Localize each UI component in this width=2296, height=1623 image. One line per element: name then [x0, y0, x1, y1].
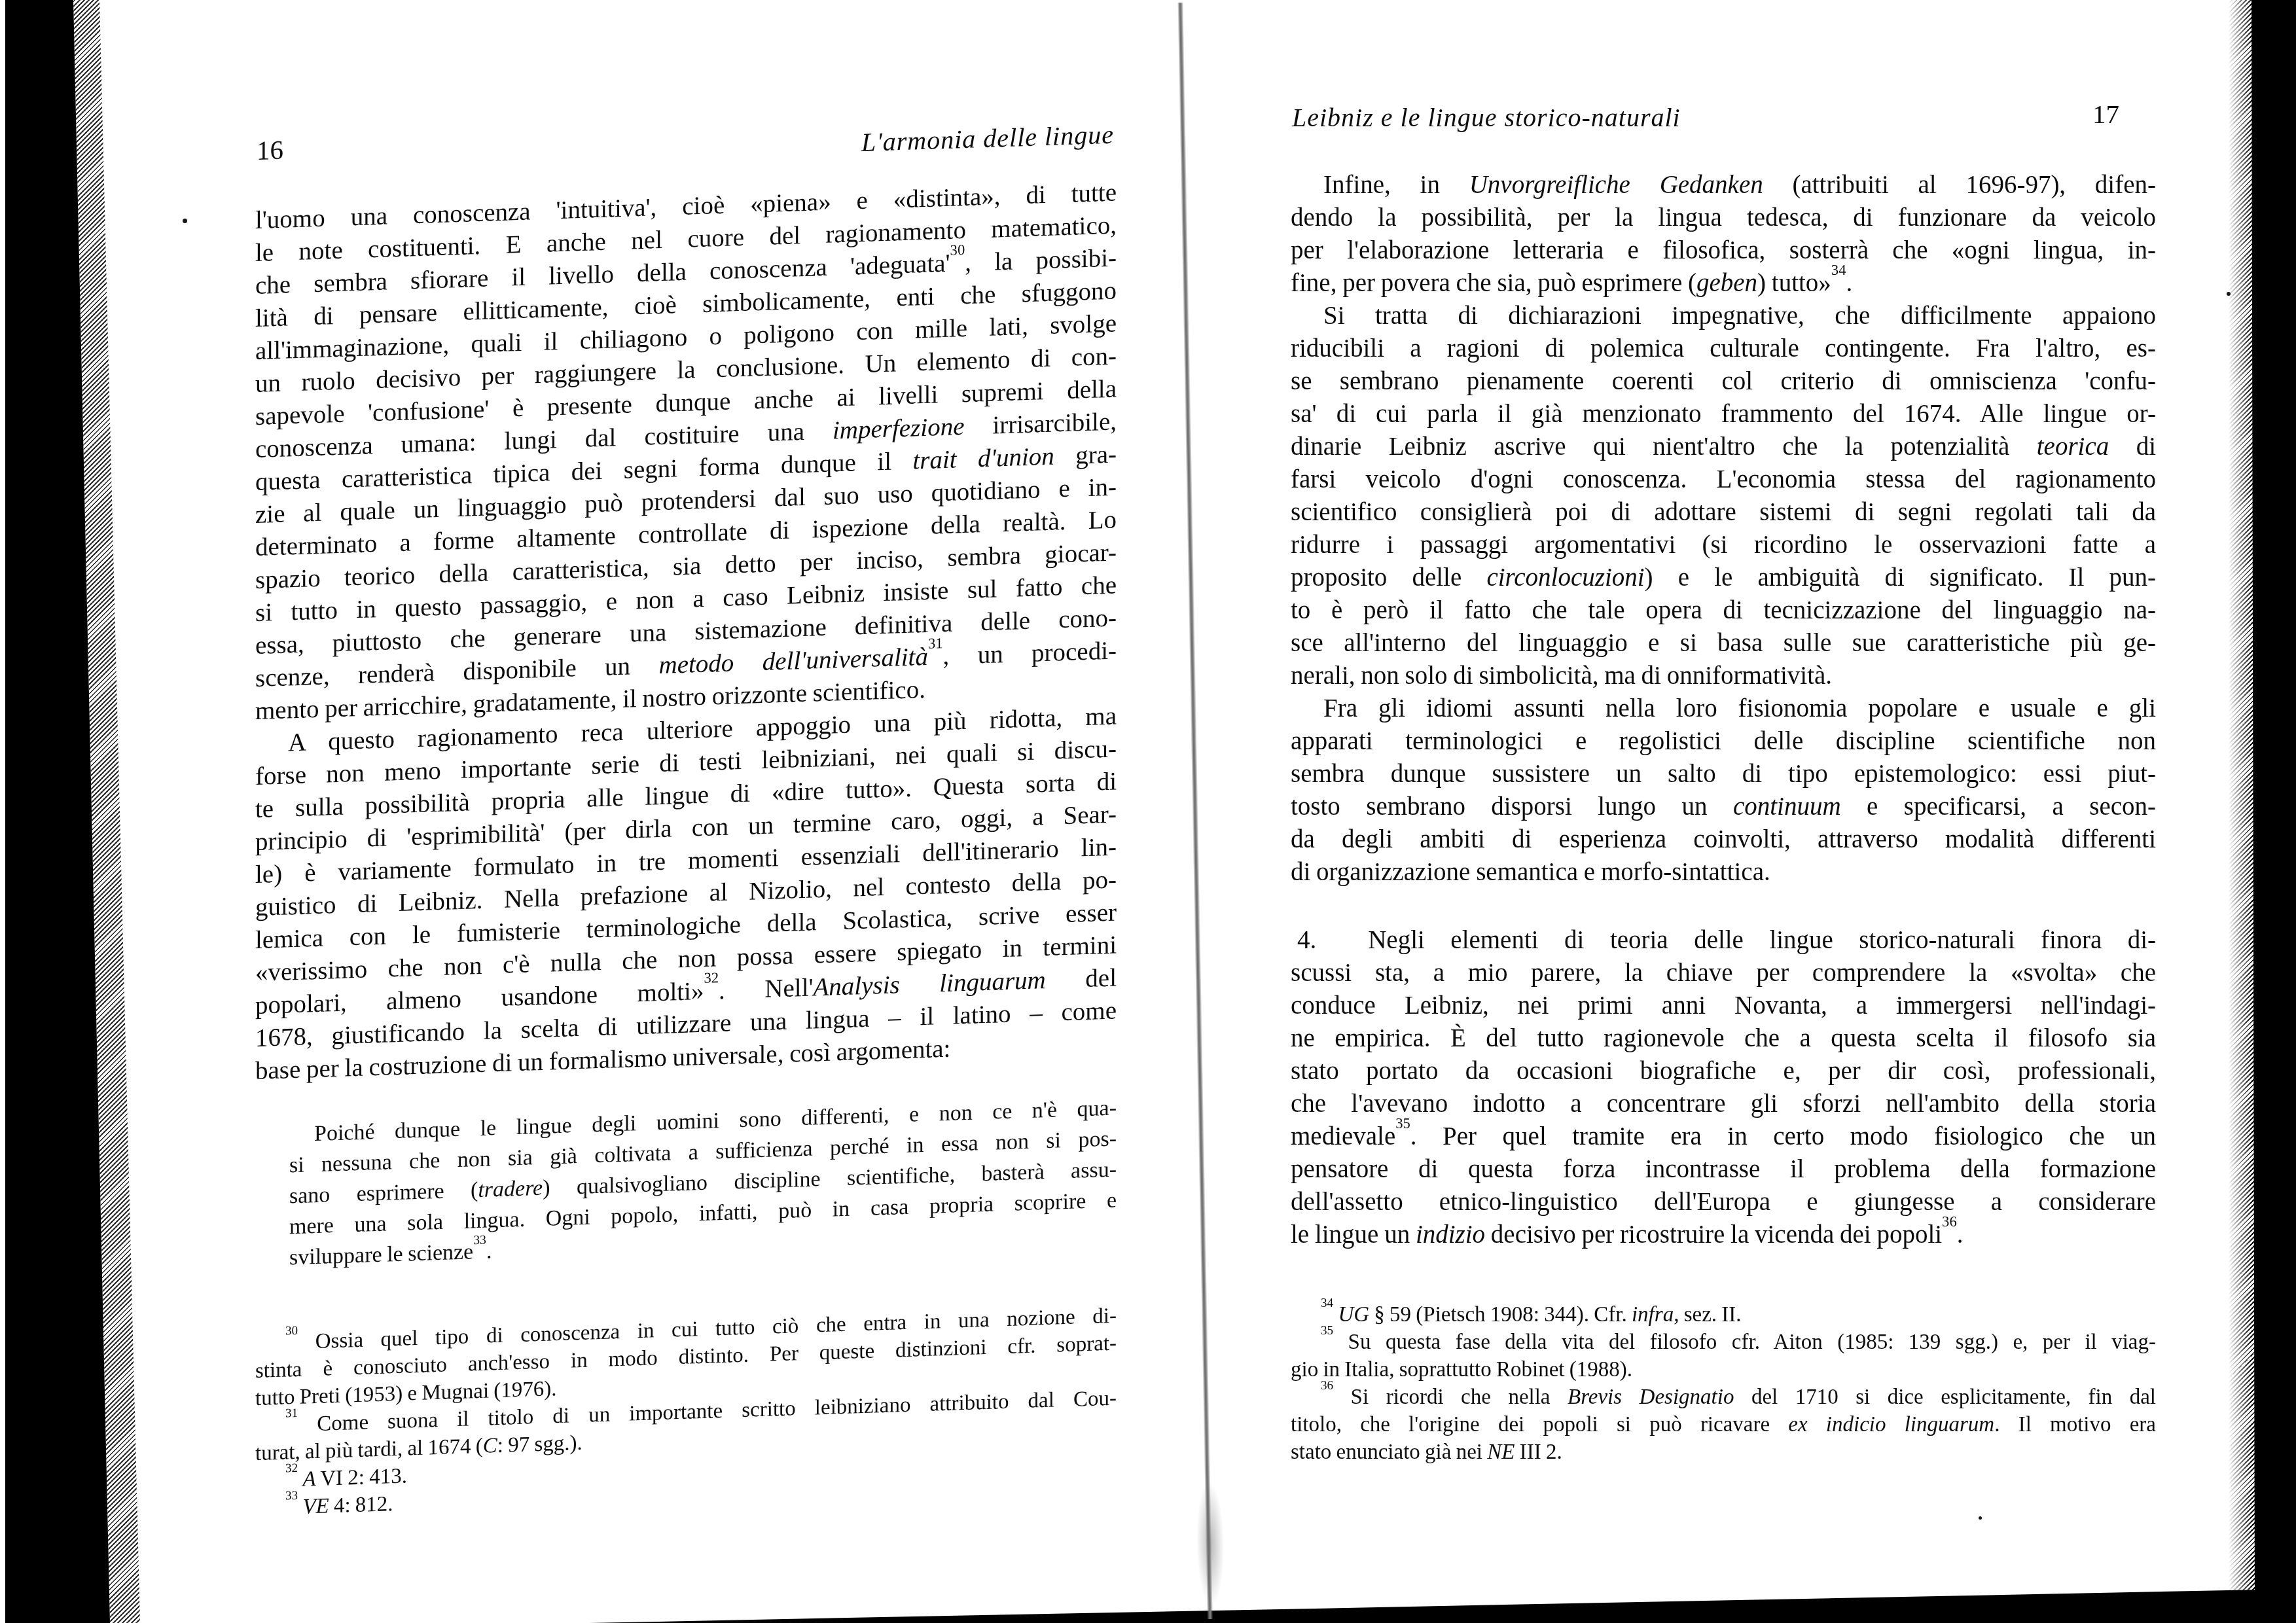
text-line: stato portato da occasioni biografiche e…: [1291, 1055, 2156, 1088]
text-line: riducibili a ragioni di polemica cultura…: [1291, 332, 2156, 365]
footnotes-right: 34 UG § 59 (Pietsch 1908: 344). Cfr. inf…: [1291, 1301, 2156, 1466]
ink-speck: [183, 219, 187, 223]
text-line: le lingue un indizio decisivo per ricost…: [1291, 1219, 2156, 1251]
running-header-left: L'armonia delle lingue: [861, 120, 1114, 157]
footnotes-left: 30 Ossia quel tipo di conoscenza in cui …: [255, 1302, 1117, 1522]
text-line: Si tratta di dichiarazioni impegnative, …: [1291, 300, 2156, 332]
text-line: di organizzazione semantica e morfo-sint…: [1291, 856, 2156, 889]
text-line: dell'assetto etnico-linguistico dell'Eur…: [1291, 1186, 2156, 1219]
text-line: per l'elaborazione letteraria e filosofi…: [1291, 234, 2156, 267]
text-line: conduce Leibniz, nei primi anni Novanta,…: [1291, 990, 2156, 1022]
section-4-paragraph: 4. Negli elementi di teoria delle lingue…: [1291, 924, 2156, 1251]
paragraph: Infine, in Unvorgreifliche Gedanken (att…: [1291, 169, 2156, 300]
text-line: da degli ambiti di esperienza coinvolti,…: [1291, 823, 2156, 856]
text-line: sce all'interno del linguaggio e si basa…: [1291, 627, 2156, 660]
text-line: medievale35. Per quel tramite era in cer…: [1291, 1120, 2156, 1153]
text-line: tosto sembrano disporsi lungo un continu…: [1291, 791, 2156, 823]
page-number-left: 16: [257, 135, 283, 165]
paragraph: l'uomo una conoscenza 'intuitiva', cioè …: [255, 176, 1117, 728]
text-line: sa' di cui parla il già menzionato framm…: [1291, 398, 2156, 431]
page-number-right: 17: [2092, 99, 2119, 128]
text-line: Infine, in Unvorgreifliche Gedanken (att…: [1291, 169, 2156, 202]
text-line: 34 UG § 59 (Pietsch 1908: 344). Cfr. inf…: [1291, 1301, 2156, 1329]
text-line: titolo, che l'origine dei popoli si può …: [1291, 1411, 2156, 1438]
text-line: scientifico consiglierà poi di adottare …: [1291, 496, 2156, 529]
text-line: dinarie Leibniz ascrive qui nient'altro …: [1291, 431, 2156, 463]
text-line: pensatore di questa forza incontrasse il…: [1291, 1153, 2156, 1186]
text-line: proposito delle circonlocuzioni) e le am…: [1291, 562, 2156, 594]
text-line: stato enunciato già nei NE III 2.: [1291, 1438, 2156, 1466]
text-line: gio in Italia, soprattutto Robinet (1988…: [1291, 1356, 2156, 1383]
text-line: nerali, non solo di simbolicità, ma di o…: [1291, 660, 2156, 692]
text-line: che l'avevano indotto a concentrare gli …: [1291, 1088, 2156, 1120]
ink-speck: [2227, 292, 2231, 296]
text-line: sembra dunque sussistere un salto di tip…: [1291, 758, 2156, 791]
running-header-right: Leibniz e le lingue storico-naturali: [1292, 103, 1681, 132]
text-line: ridurre i passaggi argomentativi (si ric…: [1291, 529, 2156, 562]
text-line: Fra gli idiomi assunti nella loro fision…: [1291, 692, 2156, 725]
text-line: ne empirica. È del tutto ragionevole che…: [1291, 1022, 2156, 1055]
paragraph: Fra gli idiomi assunti nella loro fision…: [1291, 692, 2156, 889]
scan-border-right-dither: [2227, 0, 2258, 1623]
text-line: to è però il fatto che tale opera di tec…: [1291, 594, 2156, 627]
text-line: fine, per povera che sia, può esprimere …: [1291, 267, 2156, 300]
book-gutter-shadow: [1177, 3, 1213, 1619]
page-17: Leibniz e le lingue storico-naturali 17 …: [1291, 0, 2156, 1623]
text-line: 4. Negli elementi di teoria delle lingue…: [1291, 924, 2156, 957]
text-line: dendo la possibilità, per la lingua tede…: [1291, 202, 2156, 234]
text-line: farsi veicolo d'ogni conoscenza. L'econo…: [1291, 463, 2156, 496]
text-line: scussi sta, a mio parere, la chiave per …: [1291, 957, 2156, 990]
paragraph: A questo ragionamento reca ulteriore app…: [255, 700, 1117, 1088]
block-quote: Poiché dunque le lingue degli uomini son…: [289, 1092, 1117, 1273]
text-line: 36 Si ricordi che nella Brevis Designati…: [1291, 1383, 2156, 1411]
text-line: 35 Su questa fase della vita del filosof…: [1291, 1329, 2156, 1356]
text-line: apparati terminologici e regolistici del…: [1291, 725, 2156, 758]
text-line: se sembrano pienamente coerenti col crit…: [1291, 365, 2156, 398]
page-16: 16 L'armonia delle lingue l'uomo una con…: [255, 0, 1117, 1623]
book-spread-scan: 16 L'armonia delle lingue l'uomo una con…: [0, 0, 2296, 1623]
paragraph: Si tratta di dichiarazioni impegnative, …: [1291, 300, 2156, 692]
